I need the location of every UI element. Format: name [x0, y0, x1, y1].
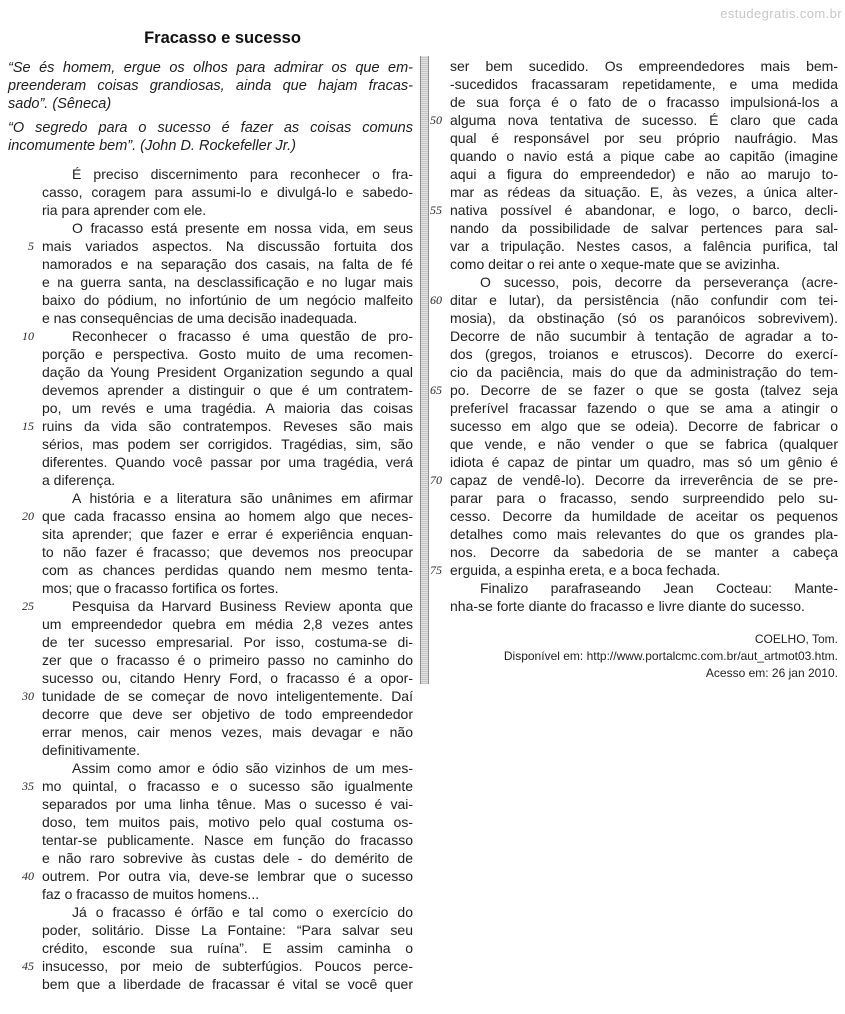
line-number	[430, 399, 450, 417]
line-number	[430, 327, 450, 345]
line-number	[8, 759, 42, 777]
line-number	[8, 813, 42, 831]
line-number	[8, 543, 42, 561]
text-line-content: to não fazer é fracasso; que devemos nos…	[42, 543, 413, 561]
text-line: 50alguma nova tentativa de sucesso. É cl…	[430, 111, 838, 129]
text-line: idiota é capaz de pintar um quadro, mas …	[430, 453, 838, 471]
text-line-content: O fracasso está presente em nossa vida, …	[42, 219, 413, 237]
text-line: crédito, esconde sua ruína”. E assim cam…	[8, 939, 413, 957]
text-line-content: Finalizo parafraseando Jean Cocteau: Man…	[450, 579, 838, 597]
text-line: namorados e na separação dos casais, na …	[8, 255, 413, 273]
text-line-content: decorre que deve ser objetivo de todo em…	[42, 705, 413, 723]
text-line-content: quando o navio está a pique cabe ao capi…	[450, 147, 838, 165]
text-line-content: O sucesso, pois, decorre da perseverança…	[450, 273, 838, 291]
text-line-content: zer que o fracasso é o primeiro passo no…	[42, 651, 413, 669]
text-line-content: cesso. Decorre da humildade de aceitar o…	[450, 507, 838, 525]
line-number: 20	[8, 507, 42, 525]
text-line-content: como deitar o rei ante o xeque-mate que …	[450, 255, 838, 273]
text-line: po, um revés e uma tragédia. A maioria d…	[8, 399, 413, 417]
epigraph: “O segredo para o sucesso é fazer as coi…	[8, 119, 413, 155]
text-line: nando da possibilidade de salvar pertenc…	[430, 219, 838, 237]
text-line-content: sucesso ou, citando Henry Ford, o fracas…	[42, 669, 413, 687]
text-line-content: erguida, a espinha ereta, e a boca fecha…	[450, 561, 838, 579]
text-line: um empreendedor quebra em média 2,8 veze…	[8, 615, 413, 633]
text-line: doso, tem muitos pais, motivo pelo qual …	[8, 813, 413, 831]
line-number	[8, 723, 42, 741]
text-line-content: A história e a literatura são unânimes e…	[42, 489, 413, 507]
text-line: Finalizo parafraseando Jean Cocteau: Man…	[430, 579, 838, 597]
line-number	[8, 399, 42, 417]
line-number	[430, 183, 450, 201]
text-line-content: Pesquisa da Harvard Business Review apon…	[42, 597, 413, 615]
text-line: que vende, e não vender o que se fabrica…	[430, 435, 838, 453]
line-number	[430, 525, 450, 543]
line-number: 70	[430, 471, 450, 489]
text-line: O sucesso, pois, decorre da perseverança…	[430, 273, 838, 291]
epigraph-line: “O segredo para o sucesso é fazer as coi…	[8, 119, 413, 137]
text-line-content: que vende, e não vender o que se fabrica…	[450, 435, 838, 453]
line-number: 45	[8, 957, 42, 975]
text-line-content: namorados e na separação dos casais, na …	[42, 255, 413, 273]
line-number	[8, 669, 42, 687]
text-line: porção e perspectiva. Gosto muito de uma…	[8, 345, 413, 363]
text-line-content: a diferença.	[42, 471, 413, 489]
text-line: errar menos, cair menos vezes, mais deva…	[8, 723, 413, 741]
text-line: to não fazer é fracasso; que devemos nos…	[8, 543, 413, 561]
watermark: estudegratis.com.br	[720, 6, 842, 21]
line-number	[8, 219, 42, 237]
line-number	[8, 273, 42, 291]
text-line: preferível fracassar fazendo o que se am…	[430, 399, 838, 417]
line-number	[8, 291, 42, 309]
text-line-content: bem que a liberdade de fracassar é vital…	[42, 975, 413, 993]
text-line-content: insucesso, por meio de subterfúgios. Pou…	[42, 957, 413, 975]
text-line-content: aqui a figura do empreendedor) e não ao …	[450, 165, 838, 183]
text-line-content: nando da possibilidade de salvar pertenc…	[450, 219, 838, 237]
line-number: 55	[430, 201, 450, 219]
left-column: Fracasso e sucesso “Se és homem, ergue o…	[8, 31, 413, 993]
text-line: devemos aprender a distinguir o que é um…	[8, 381, 413, 399]
line-number: 25	[8, 597, 42, 615]
text-line-content: tunidade de se começar de novo inteligen…	[42, 687, 413, 705]
text-line-content: de ter sucesso empresarial. Por isso, co…	[42, 633, 413, 651]
line-number	[8, 309, 42, 327]
text-line: sucesso em algo que se odeia). Decorre d…	[430, 417, 838, 435]
line-number	[8, 363, 42, 381]
line-number	[8, 525, 42, 543]
text-line-content: tentar-se publicamente. Nasce em função …	[42, 831, 413, 849]
text-line: e não raro sobrevive às custas dele - do…	[8, 849, 413, 867]
text-line-content: mos; que o fracasso fortifica os fortes.	[42, 579, 413, 597]
text-line: cesso. Decorre da humildade de aceitar o…	[430, 507, 838, 525]
text-line: A história e a literatura são unânimes e…	[8, 489, 413, 507]
text-line-content: um empreendedor quebra em média 2,8 veze…	[42, 615, 413, 633]
text-line-content: outrem. Por outra via, deve-se lembrar q…	[42, 867, 413, 885]
text-line: aqui a figura do empreendedor) e não ao …	[430, 165, 838, 183]
line-number: 35	[8, 777, 42, 795]
citation-line: Disponível em: http://www.portalcmc.com.…	[430, 648, 838, 665]
line-number: 30	[8, 687, 42, 705]
line-number	[8, 255, 42, 273]
text-line-content: e nas consequências de uma decisão inade…	[42, 309, 413, 327]
text-line: tentar-se publicamente. Nasce em função …	[8, 831, 413, 849]
text-line: 25Pesquisa da Harvard Business Review ap…	[8, 597, 413, 615]
text-line-content: e não raro sobrevive às custas dele - do…	[42, 849, 413, 867]
text-line: a diferença.	[8, 471, 413, 489]
text-line: diferentes. Quando você passar por uma t…	[8, 453, 413, 471]
text-line-content: detalhes como mais relevantes do que os …	[450, 525, 838, 543]
line-number	[8, 831, 42, 849]
line-number	[430, 165, 450, 183]
text-line: ria para aprender com ele.	[8, 201, 413, 219]
citation: COELHO, Tom.Disponível em: http://www.po…	[430, 631, 838, 682]
text-line: como deitar o rei ante o xeque-mate que …	[430, 255, 838, 273]
line-number	[430, 273, 450, 291]
text-line: mar as rédeas da situação. E, às vezes, …	[430, 183, 838, 201]
text-line-content: ditar e lutar), da persistência (não con…	[450, 291, 838, 309]
text-line: 20que cada fracasso ensina ao homem algo…	[8, 507, 413, 525]
text-line: mosia), da obstinação (só os paranóicos …	[430, 309, 838, 327]
text-line-content: baixo do pódium, no infortúnio de um neg…	[42, 291, 413, 309]
epigraph-line: preenderam coisas grandiosas, ainda que …	[8, 77, 413, 95]
text-line: Assim como amor e ódio são vizinhos de u…	[8, 759, 413, 777]
text-line-content: e na guerra santa, na desclassificação e…	[42, 273, 413, 291]
text-line: e na guerra santa, na desclassificação e…	[8, 273, 413, 291]
line-number	[430, 255, 450, 273]
text-line: O fracasso está presente em nossa vida, …	[8, 219, 413, 237]
line-number	[430, 489, 450, 507]
text-line-content: mais variados aspectos. Na discussão for…	[42, 237, 413, 255]
text-line-content: Reconhecer o fracasso é uma questão de p…	[42, 327, 413, 345]
text-line-content: ruins da vida são contratempos. Reveses …	[42, 417, 413, 435]
line-number	[8, 651, 42, 669]
text-line: baixo do pódium, no infortúnio de um neg…	[8, 291, 413, 309]
line-number	[8, 453, 42, 471]
text-line-content: nativa possível é abandonar, e logo, o b…	[450, 201, 838, 219]
text-line: 55nativa possível é abandonar, e logo, o…	[430, 201, 838, 219]
text-line-content: -sucedidos fracassaram repetidamente, e …	[450, 75, 838, 93]
line-number: 50	[430, 111, 450, 129]
text-line: sita aprender; que fazer e errar é exper…	[8, 525, 413, 543]
text-line-content: dação da Young President Organization se…	[42, 363, 413, 381]
citation-line: Acesso em: 26 jan 2010.	[430, 665, 838, 682]
text-line-content: com as chances perdidas quando nem mesmo…	[42, 561, 413, 579]
epigraph: “Se és homem, ergue os olhos para admira…	[8, 59, 413, 113]
text-line: dação da Young President Organization se…	[8, 363, 413, 381]
text-line: ser bem sucedido. Os empreendedores mais…	[430, 57, 838, 75]
text-line: 45insucesso, por meio de subterfúgios. P…	[8, 957, 413, 975]
text-line: 75erguida, a espinha ereta, e a boca fec…	[430, 561, 838, 579]
text-line-content: nha-se forte diante do fracasso e livre …	[450, 597, 838, 615]
epigraph-line: incomumente bem”. (John D. Rockefeller J…	[8, 137, 413, 155]
text-line: detalhes como mais relevantes do que os …	[430, 525, 838, 543]
line-number: 60	[430, 291, 450, 309]
line-number	[8, 201, 42, 219]
line-number	[430, 75, 450, 93]
line-number	[8, 795, 42, 813]
line-number	[430, 345, 450, 363]
epigraph-line: sado”. (Sêneca)	[8, 95, 413, 113]
text-line-content: Assim como amor e ódio são vizinhos de u…	[42, 759, 413, 777]
text-line: faz o fracasso de muitos homens...	[8, 885, 413, 903]
text-line: sucesso ou, citando Henry Ford, o fracas…	[8, 669, 413, 687]
right-column: ser bem sucedido. Os empreendedores mais…	[430, 57, 838, 682]
line-number	[430, 597, 450, 615]
line-number	[8, 849, 42, 867]
line-number	[8, 903, 42, 921]
text-line: qual é responsável por seu próprio naufr…	[430, 129, 838, 147]
citation-line: COELHO, Tom.	[430, 631, 838, 648]
epigraph-line: “Se és homem, ergue os olhos para admira…	[8, 59, 413, 77]
text-line: 65po. Decorre de se fazer o que se gosta…	[430, 381, 838, 399]
line-number	[430, 147, 450, 165]
text-line-content: sérios, mas podem ser corrigidos. Tragéd…	[42, 435, 413, 453]
line-number	[8, 579, 42, 597]
text-line: de sua força é o fato de o fracasso impu…	[430, 93, 838, 111]
line-number: 15	[8, 417, 42, 435]
text-line: e nas consequências de uma decisão inade…	[8, 309, 413, 327]
line-number	[8, 885, 42, 903]
line-number	[8, 345, 42, 363]
line-number	[8, 615, 42, 633]
line-number	[8, 183, 42, 201]
line-number	[430, 237, 450, 255]
text-line-content: errar menos, cair menos vezes, mais deva…	[42, 723, 413, 741]
line-number	[8, 741, 42, 759]
text-line-content: diferentes. Quando você passar por uma t…	[42, 453, 413, 471]
text-line: cio da paciência, mais do que da adminis…	[430, 363, 838, 381]
text-line: 40outrem. Por outra via, deve-se lembrar…	[8, 867, 413, 885]
text-line-content: parar para o fracasso, sendo surpreendid…	[450, 489, 838, 507]
text-line-content: de sua força é o fato de o fracasso impu…	[450, 93, 838, 111]
line-number	[8, 975, 42, 993]
text-line: quando o navio está a pique cabe ao capi…	[430, 147, 838, 165]
column-divider	[420, 56, 429, 684]
line-number	[430, 543, 450, 561]
line-number	[430, 435, 450, 453]
text-line-content: po. Decorre de se fazer o que se gosta (…	[450, 381, 838, 399]
text-line: parar para o fracasso, sendo surpreendid…	[430, 489, 838, 507]
text-line-content: po, um revés e uma tragédia. A maioria d…	[42, 399, 413, 417]
text-line-content: sucesso em algo que se odeia). Decorre d…	[450, 417, 838, 435]
left-body: É preciso discernimento para reconhecer …	[8, 165, 413, 993]
text-line: nha-se forte diante do fracasso e livre …	[430, 597, 838, 615]
line-number	[430, 507, 450, 525]
line-number	[430, 129, 450, 147]
line-number	[8, 939, 42, 957]
text-line-content: casso, coragem para assumi-lo e divulgá-…	[42, 183, 413, 201]
page-title: Fracasso e sucesso	[8, 31, 413, 46]
text-line: separados por uma linha tênue. Mas o suc…	[8, 795, 413, 813]
line-number	[430, 219, 450, 237]
line-number	[8, 489, 42, 507]
text-line-content: Decorre de não sucumbir à tentação de ag…	[450, 327, 838, 345]
text-line: 35mo quintal, o fracasso e o sucesso são…	[8, 777, 413, 795]
text-line: de ter sucesso empresarial. Por isso, co…	[8, 633, 413, 651]
text-line: 5mais variados aspectos. Na discussão fo…	[8, 237, 413, 255]
text-line: 70capaz de vendê-lo). Decorre da irrever…	[430, 471, 838, 489]
text-line: Já o fracasso é órfão e tal como o exerc…	[8, 903, 413, 921]
line-number	[8, 633, 42, 651]
text-line: casso, coragem para assumi-lo e divulgá-…	[8, 183, 413, 201]
epigraphs: “Se és homem, ergue os olhos para admira…	[8, 59, 413, 155]
text-line-content: ria para aprender com ele.	[42, 201, 413, 219]
text-line-content: preferível fracassar fazendo o que se am…	[450, 399, 838, 417]
text-line: 10Reconhecer o fracasso é uma questão de…	[8, 327, 413, 345]
text-line-content: separados por uma linha tênue. Mas o suc…	[42, 795, 413, 813]
text-line-content: alguma nova tentativa de sucesso. É clar…	[450, 111, 838, 129]
text-line: -sucedidos fracassaram repetidamente, e …	[430, 75, 838, 93]
text-line-content: Já o fracasso é órfão e tal como o exerc…	[42, 903, 413, 921]
text-line: nos. Decorre da sabedoria de se manter a…	[430, 543, 838, 561]
text-line-content: porção e perspectiva. Gosto muito de uma…	[42, 345, 413, 363]
text-line-content: mar as rédeas da situação. E, às vezes, …	[450, 183, 838, 201]
line-number	[8, 435, 42, 453]
line-number	[8, 165, 42, 183]
text-line-content: crédito, esconde sua ruína”. E assim cam…	[42, 939, 413, 957]
text-line-content: qual é responsável por seu próprio naufr…	[450, 129, 838, 147]
line-number	[430, 93, 450, 111]
text-line-content: devemos aprender a distinguir o que é um…	[42, 381, 413, 399]
text-line-content: É preciso discernimento para reconhecer …	[42, 165, 413, 183]
line-number	[430, 363, 450, 381]
line-number	[430, 579, 450, 597]
line-number	[8, 471, 42, 489]
text-line: bem que a liberdade de fracassar é vital…	[8, 975, 413, 993]
text-line-content: sita aprender; que fazer e errar é exper…	[42, 525, 413, 543]
text-line-content: cio da paciência, mais do que da adminis…	[450, 363, 838, 381]
line-number: 40	[8, 867, 42, 885]
text-line: decorre que deve ser objetivo de todo em…	[8, 705, 413, 723]
line-number	[430, 453, 450, 471]
line-number: 10	[8, 327, 42, 345]
text-line-content: mo quintal, o fracasso e o sucesso são i…	[42, 777, 413, 795]
text-line-content: var a tripulação. Nestes casos, a falênc…	[450, 237, 838, 255]
line-number	[8, 705, 42, 723]
text-line-content: capaz de vendê-lo). Decorre da irreverên…	[450, 471, 838, 489]
text-line-content: poder, solitário. Disse La Fontaine: “Pa…	[42, 921, 413, 939]
text-line: É preciso discernimento para reconhecer …	[8, 165, 413, 183]
text-line: 60ditar e lutar), da persistência (não c…	[430, 291, 838, 309]
line-number	[430, 309, 450, 327]
text-line-content: mosia), da obstinação (só os paranóicos …	[450, 309, 838, 327]
text-line-content: faz o fracasso de muitos homens...	[42, 885, 413, 903]
text-line: com as chances perdidas quando nem mesmo…	[8, 561, 413, 579]
text-line: poder, solitário. Disse La Fontaine: “Pa…	[8, 921, 413, 939]
text-line: zer que o fracasso é o primeiro passo no…	[8, 651, 413, 669]
line-number: 5	[8, 237, 42, 255]
text-line: sérios, mas podem ser corrigidos. Tragéd…	[8, 435, 413, 453]
line-number	[8, 561, 42, 579]
text-line: 15ruins da vida são contratempos. Revese…	[8, 417, 413, 435]
text-line-content: nos. Decorre da sabedoria de se manter a…	[450, 543, 838, 561]
line-number	[430, 57, 450, 75]
text-line: dos (gregos, troianos e etruscos). Decor…	[430, 345, 838, 363]
text-line: definitivamente.	[8, 741, 413, 759]
text-line-content: ser bem sucedido. Os empreendedores mais…	[450, 57, 838, 75]
text-line-content: doso, tem muitos pais, motivo pelo qual …	[42, 813, 413, 831]
text-line-content: dos (gregos, troianos e etruscos). Decor…	[450, 345, 838, 363]
line-number: 75	[430, 561, 450, 579]
text-line: 30tunidade de se começar de novo intelig…	[8, 687, 413, 705]
line-number	[8, 381, 42, 399]
text-line: var a tripulação. Nestes casos, a falênc…	[430, 237, 838, 255]
line-number: 65	[430, 381, 450, 399]
right-body: ser bem sucedido. Os empreendedores mais…	[430, 57, 838, 615]
line-number	[430, 417, 450, 435]
text-line-content: definitivamente.	[42, 741, 413, 759]
text-line-content: idiota é capaz de pintar um quadro, mas …	[450, 453, 838, 471]
text-line: Decorre de não sucumbir à tentação de ag…	[430, 327, 838, 345]
text-line-content: que cada fracasso ensina ao homem algo q…	[42, 507, 413, 525]
text-line: mos; que o fracasso fortifica os fortes.	[8, 579, 413, 597]
line-number	[8, 921, 42, 939]
